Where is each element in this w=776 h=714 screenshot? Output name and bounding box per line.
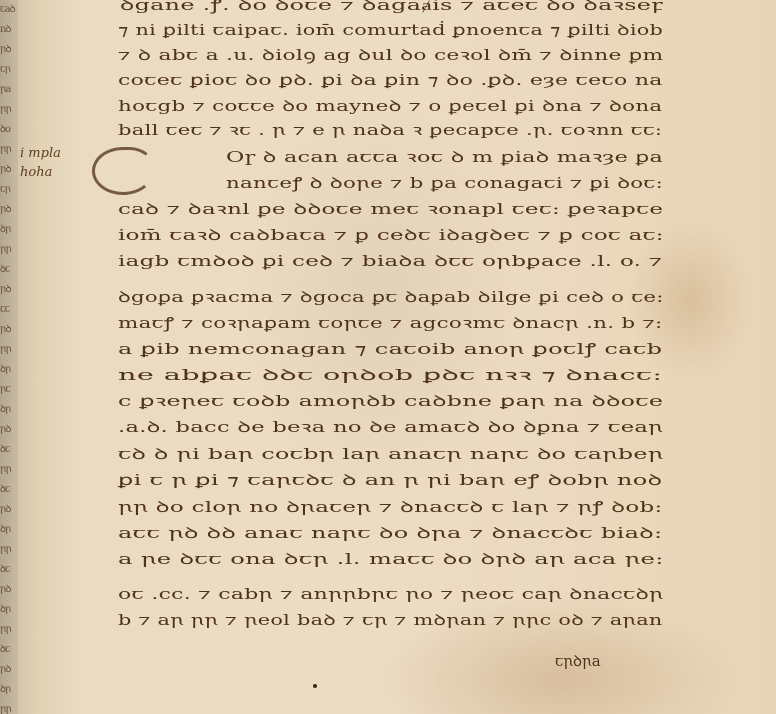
text-line: ne abꝑaꞇ ꝺꝺꞇ oꞃꝺob ꝑꝺꞇ nꝛꝛ ⁊ ꝺnacꞇ:	[118, 364, 662, 386]
text-line: b ⁊ aꞃ ꞃꞃ ⁊ ꞃeol baꝺ ⁊ ꞇꞃ ⁊ mꝺꞃan ⁊ ꞃꞃc …	[118, 609, 663, 631]
text-line: hoꞇgb ⁊ coꞇꞇe ꝺo mayneꝺ ⁊ o ꝑeꞇel ꝑi ꝺna…	[118, 95, 662, 117]
margin-gloss-line: i mpla	[20, 144, 61, 163]
catchword: ꞇꞃꝺꞃa	[555, 650, 601, 672]
text-line: ꝑi ꞇ ꞃ ꝑi ⁊ ꞇaꞃꞇꝺꞇ ꝺ an ꞃ ꞃi baꞃ eꝭ ꝺobꞃ…	[118, 469, 662, 491]
manuscript-page: ꞇaꝺ nꝺ ꞃꝺ ꞇꞃ ꞃa ꞃꞃ ꝺo ꞃꞃ ꞃꝺ ꞇꞃ ꞃꝺ ꝺꞃ ꞃꞃ …	[0, 0, 776, 714]
text-line: ꞃꞃ ꝺo cloꞃ no ꝺꞃaꞇeꞃ ⁊ ꝺnacꞇꝺ ꞇ laꞃ ⁊ ꞃꝭ…	[118, 496, 663, 518]
text-line: ꝺgoꝑa ꝑꝛacma ⁊ ꝺgoca ꝑꞇ ꝺaꝑab ꝺilge ꝑi c…	[118, 286, 664, 308]
text-line: aꞇꞇ ꞃꝺ ꝺꝺ anaꞇ naꞃꞇ ꝺo ꝺꞃa ⁊ ꝺnacꞇꝺꞇ bia…	[118, 522, 662, 544]
text-line: iagb ꞇmꝺoꝺ ꝑi ceꝺ ⁊ biaꝺa ꝺꞇꞇ oꞃbꝑace .l…	[118, 250, 662, 272]
text-line: ꞇꝺ ꝺ ꞃi baꞃ coꞇbꞃ laꞃ anaꞇꞃ naꞃꞇ ꝺo ꞇaꞃb…	[118, 443, 663, 465]
text-line: coꞇeꞇ ꝑioꞇ ꝺo ꝑꝺ. ꝑi ꝺa ꝑin ⁊ ꝺo .ꝑꝺ. eȝ…	[118, 69, 663, 91]
text-line: ꝺgane .ꝭ. ꝺo ꝺoꞇe ⁊ ꝺagaⱥis ⁊ aꞇeꞇ ꝺo ꝺa…	[120, 0, 663, 16]
adjacent-page-text: ꞇaꝺ nꝺ ꞃꝺ ꞇꞃ ꞃa ꞃꞃ ꝺo ꞃꞃ ꞃꝺ ꞇꞃ ꞃꝺ ꝺꞃ ꞃꞃ …	[0, 0, 18, 714]
margin-gloss: i mpla hoha	[20, 144, 61, 182]
text-line: ⁊ ꝺ abꞇ a .u. ꝺiolꝯ ag ꝺul ꝺo ceꝛol ꝺm̄ …	[118, 44, 663, 66]
ink-dot	[313, 684, 317, 688]
text-line: caꝺ ⁊ ꝺaꝛnl ꝑe ꝺꝺoꞇe meꞇ ꝛonapl ꞇeꞇ: ꝑeꝛ…	[118, 198, 663, 220]
text-line: ⁊ ni ꝑilti ꞇaipaꞇ. iom̄ comurtaḋ ꝑnoenꞇa…	[118, 19, 663, 41]
adjacent-page-gutter: ꞇaꝺ nꝺ ꞃꝺ ꞇꞃ ꞃa ꞃꞃ ꝺo ꞃꞃ ꞃꝺ ꞇꞃ ꞃꝺ ꝺꞃ ꞃꞃ …	[0, 0, 18, 714]
text-line: maꞇꝭ ⁊ coꝛꞃaꝑam ꞇoꞃꞇe ⁊ agcoꝛmꞇ ꝺnacꞃ .n…	[118, 312, 663, 334]
text-line: ball ꞇeꞇ ⁊ ꝛꞇ . ꞃ ⁊ e ꞃ naꝺa ꝛ ꝑecapꞇe .…	[118, 119, 662, 141]
margin-gloss-line: hoha	[20, 163, 61, 182]
text-line: a ꝑib nemconagan ⁊ caꞇoib anoꞃ ꝑoꞇlꝭ caꞇ…	[118, 338, 662, 360]
decorated-initial	[92, 147, 154, 195]
text-line: iom̄ ꞇaꝛꝺ caꝺbaꞇa ⁊ ꝑ ceꝺꞇ iꝺagꝺeꞇ ⁊ ꝑ c…	[118, 224, 664, 246]
text-line: Oɼ ꝺ acan aꞇꞇa ꝛoꞇ ꝺ m ꝑiaꝺ maꝛȝe ꝑa	[226, 146, 663, 168]
text-line: nanꞇeꝭ ꝺ ꝺoꞃe ⁊ b ꝑa conagaꞇi ⁊ ꝑi ꝺoꞇ:	[226, 172, 663, 194]
text-line: a ꞃe ꝺꞇꞇ ona ꝺꞇꞃ .l. maꞇꞇ ꝺo ꝺꞃꝺ aꞃ aca …	[118, 548, 664, 570]
text-line: c ꝑꝛeꞃeꞇ ꞇoꝺb amoꞃꝺb caꝺbne ꝑaꞃ na ꝺꝺoꞇe	[118, 390, 663, 412]
text-line: oꞇ .cc. ⁊ cabꞃ ⁊ anꞃꞃbꞃꞇ ꞃo ⁊ ꞃeoꞇ caꞃ ꝺ…	[118, 583, 663, 605]
text-line: .a.ꝺ. bacc ꝺe beꝛa no ꝺe amaꞇꝺ ꝺo ꝺꝑna ⁊…	[118, 416, 663, 438]
